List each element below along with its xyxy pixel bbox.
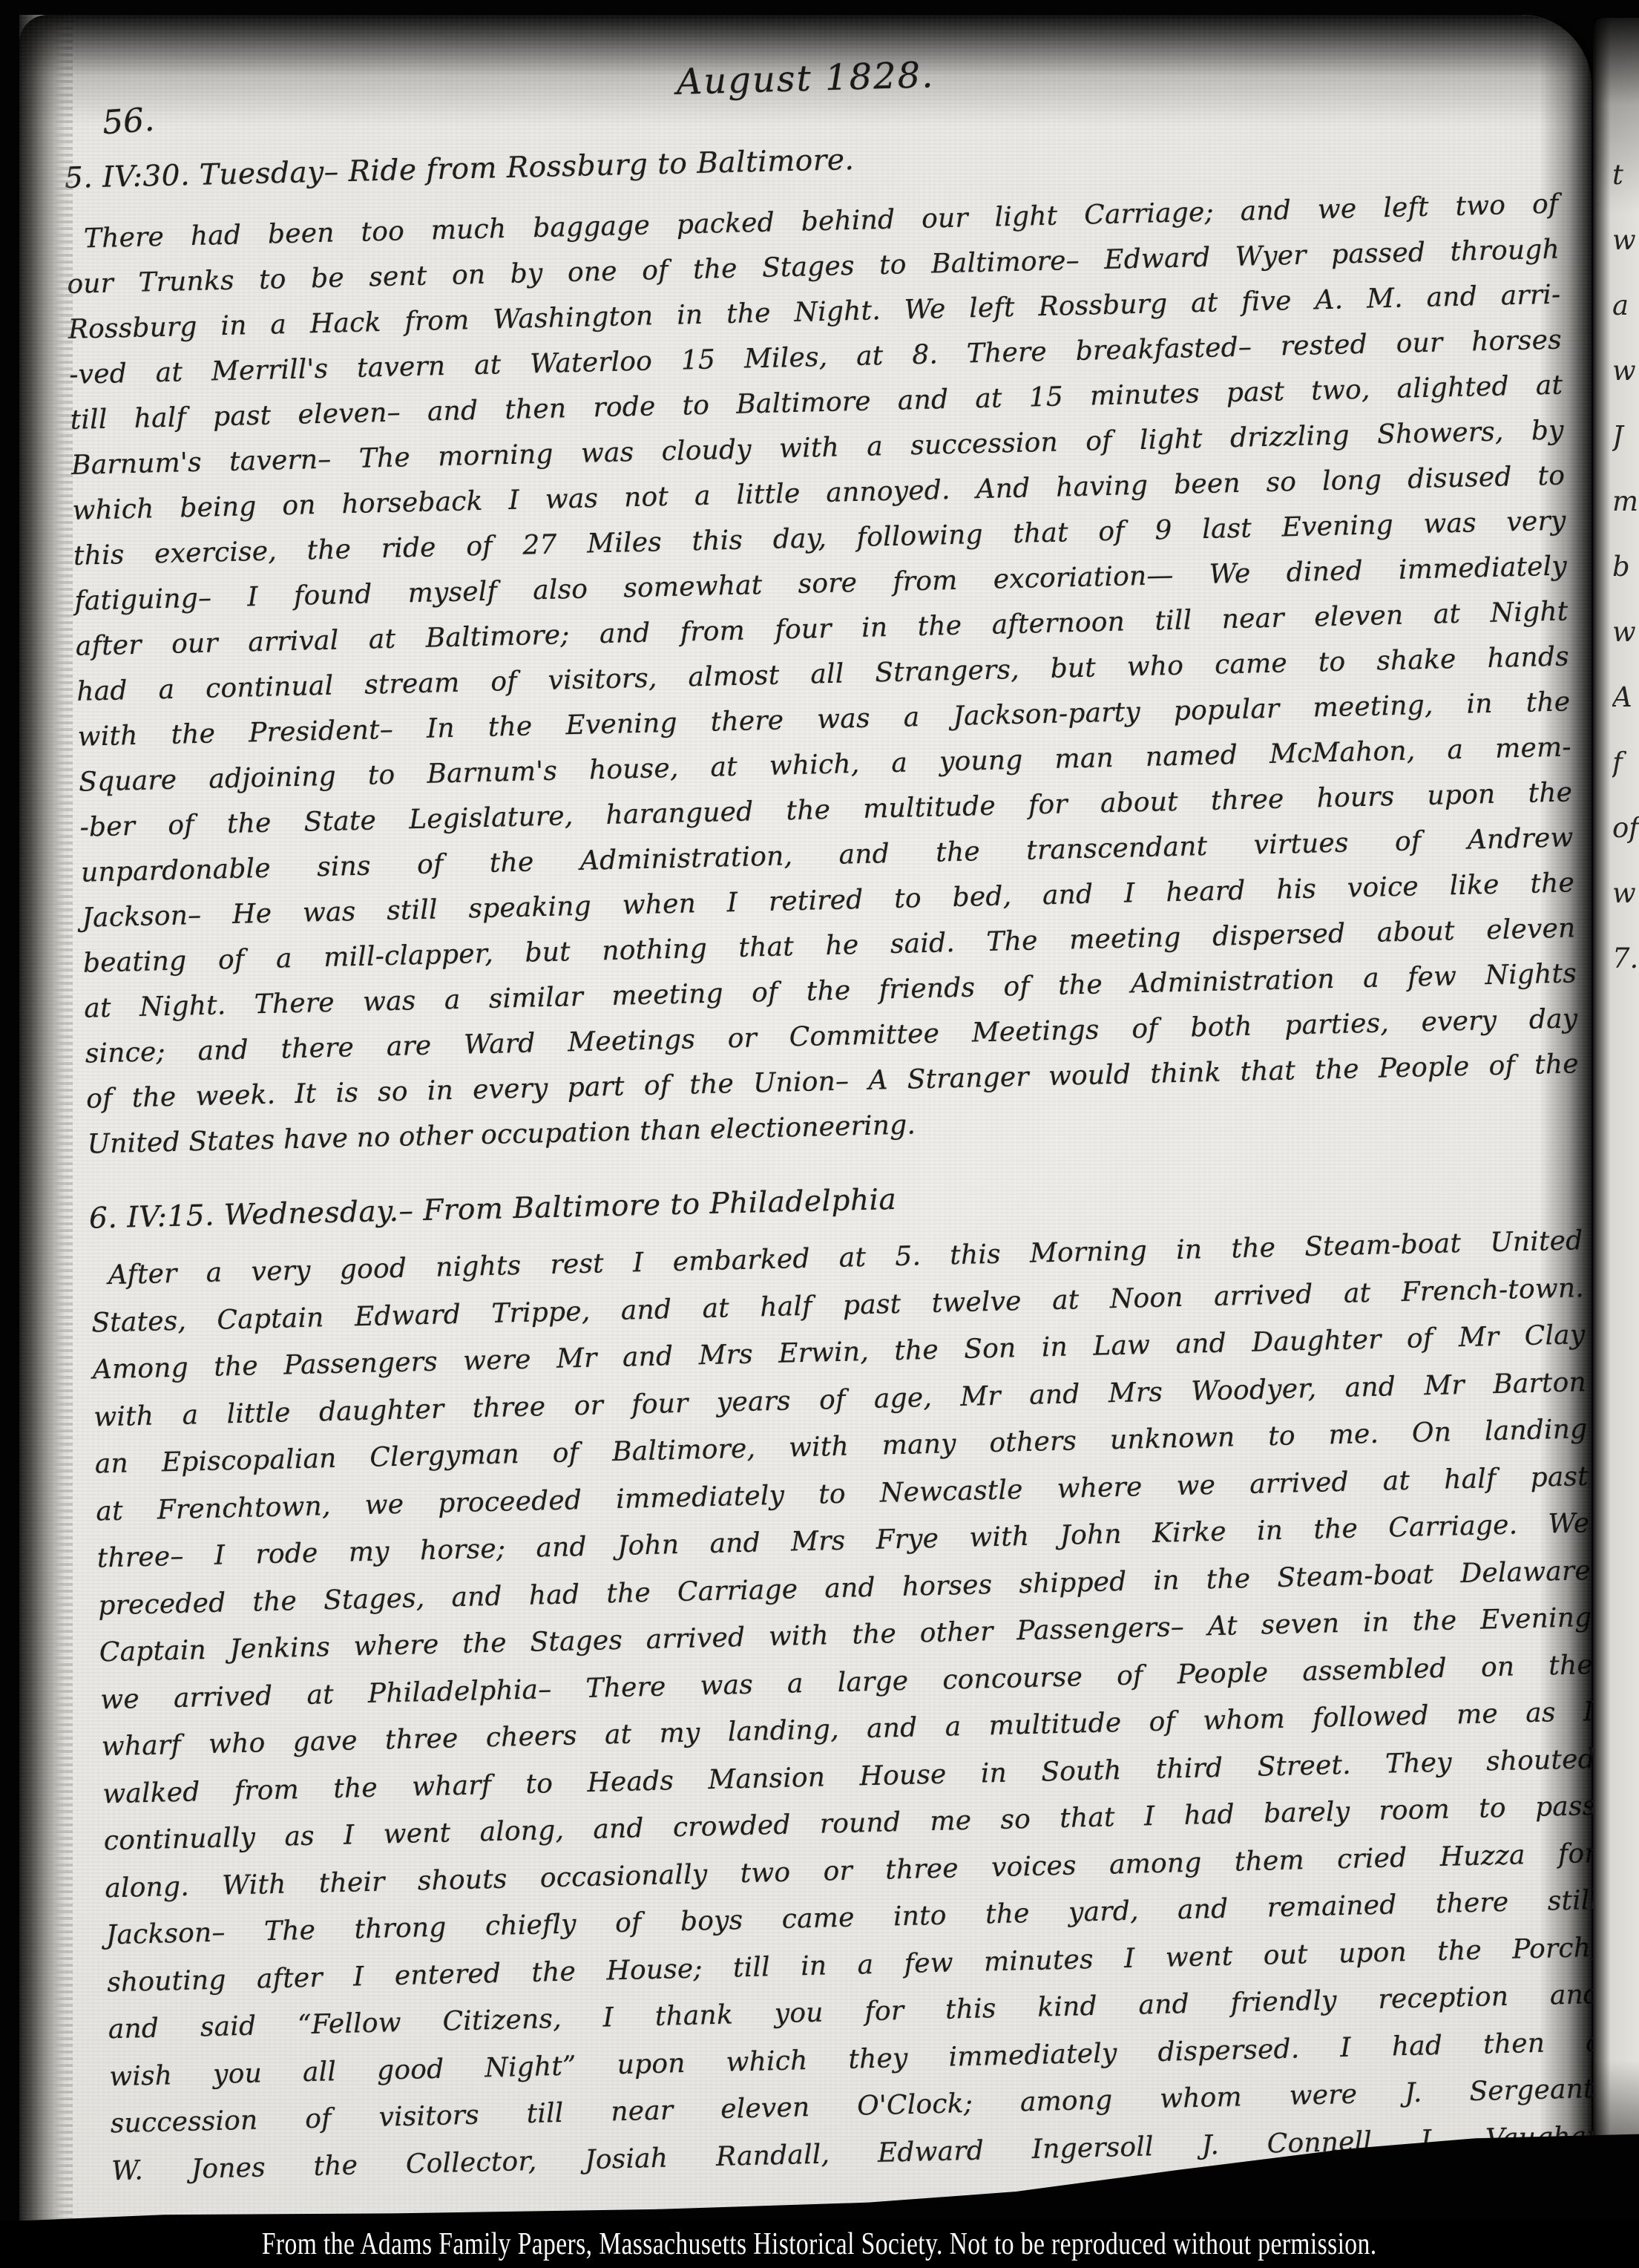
facing-page-shadow xyxy=(1593,18,1639,2191)
manuscript-page: 56. August 1828. 5. IV:30. Tuesday– Ride… xyxy=(19,15,1592,2234)
header-date: August 1828. xyxy=(19,36,1592,121)
facing-page-edge: twawJmbwAfofw7. xyxy=(1593,18,1639,2191)
page-left-deckle-edge xyxy=(19,15,73,2234)
entry-body-august-6: After a very good nights rest I embarked… xyxy=(90,1217,1604,2195)
entry-heading-august-6: 6. IV:15. Wednesday.– From Baltimore to … xyxy=(89,1183,897,1236)
handwritten-text-block: 5. IV:30. Tuesday– Ride from Rossburg to… xyxy=(64,110,1569,145)
entry-heading-august-5: 5. IV:30. Tuesday– Ride from Rossburg to… xyxy=(65,143,855,195)
scanned-manuscript-page: 56. August 1828. 5. IV:30. Tuesday– Ride… xyxy=(0,0,1639,2268)
caption-text: From the Adams Family Papers, Massachuse… xyxy=(262,2226,1377,2262)
entry-body-august-5: There had been too much baggage packed b… xyxy=(65,182,1580,1167)
caption-band: From the Adams Family Papers, Massachuse… xyxy=(0,2221,1639,2268)
